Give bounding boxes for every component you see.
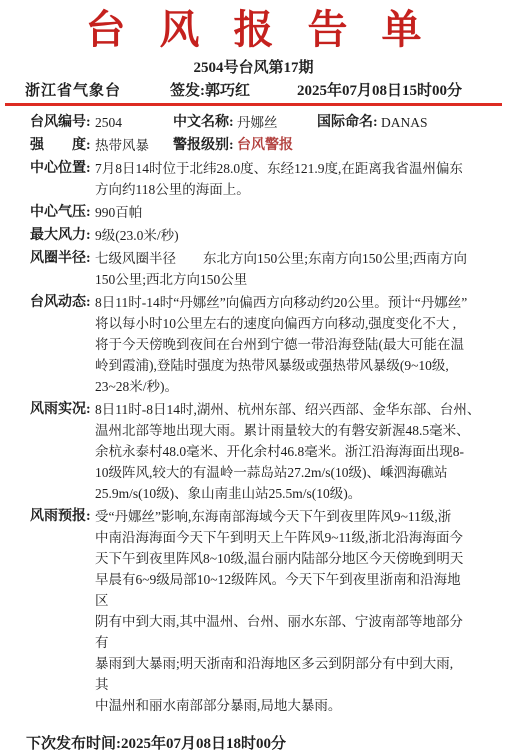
typhoon-number-value: 2504 [95,112,173,133]
next-issue-time: 下次发布时间:2025年07月08日18时00分 [0,718,507,753]
row-observed-conditions: 风雨实况: 8日11时-8日14时,湖州、杭州东部、绍兴西部、金华东部、台州、 … [30,399,507,504]
forecast-label: 风雨预报: [30,506,95,527]
typhoon-number-label: 台风编号: [30,112,95,133]
report-subtitle: 2504号台风第17期 [0,56,507,77]
forecast-content: 受“丹娜丝”影响,东海南部海域今天下午到夜里阵风9~11级,浙 中南沿海海面今天… [95,506,505,716]
row-typhoon-identity: 台风编号: 2504 中文名称: 丹娜丝 国际命名: DANAS [30,112,507,133]
row-forecast: 风雨预报: 受“丹娜丝”影响,东海南部海域今天下午到夜里阵风9~11级,浙 中南… [30,506,507,716]
report-header: 浙江省气象台 签发:郭巧红 2025年07月08日15时00分 [0,77,507,103]
issue-datetime: 2025年07月08日15时00分 [297,79,477,100]
max-wind-content: 9级(23.0米/秒) [95,225,505,246]
chinese-name-label: 中文名称: [173,112,237,133]
observed-conditions-content: 8日11时-8日14时,湖州、杭州东部、绍兴西部、金华东部、台州、 温州北部等地… [95,399,505,504]
international-name-value: DANAS [381,112,428,133]
wind-radius-label: 风圈半径: [30,248,95,269]
max-wind-label: 最大风力: [30,225,95,246]
center-position-content: 7月8日14时位于北纬28.0度、东经121.9度,在距离我省温州偏东 方向约1… [95,158,505,200]
warning-level-label: 警报级别: [173,135,237,156]
observed-conditions-label: 风雨实况: [30,399,95,420]
center-pressure-label: 中心气压: [30,202,95,223]
report-title: 台 风 报 告 单 [0,6,507,53]
intensity-label: 强 度: [30,135,95,156]
wind-radius-content: 七级风圈半径 东北方向150公里;东南方向150公里;西南方向 150公里;西北… [95,248,505,290]
center-position-label: 中心位置: [30,158,95,179]
issuer-signature: 签发:郭巧红 [170,79,297,100]
row-center-position: 中心位置: 7月8日14时位于北纬28.0度、东经121.9度,在距离我省温州偏… [30,158,507,200]
row-max-wind: 最大风力: 9级(23.0米/秒) [30,225,507,246]
report-body: 台风编号: 2504 中文名称: 丹娜丝 国际命名: DANAS 强 度: 热带… [0,106,507,716]
chinese-name-value: 丹娜丝 [237,112,317,133]
intensity-value: 热带风暴 [95,135,173,156]
warning-level-value: 台风警报 [237,135,293,156]
center-pressure-content: 990百帕 [95,202,505,223]
issuing-agency: 浙江省气象台 [25,79,170,100]
typhoon-movement-content: 8日11时-14时“丹娜丝”向偏西方向移动约20公里。预计“丹娜丝” 将以每小时… [95,292,505,397]
international-name-label: 国际命名: [317,112,381,133]
row-intensity-warning: 强 度: 热带风暴 警报级别: 台风警报 [30,135,507,156]
typhoon-report-page: 台 风 报 告 单 2504号台风第17期 浙江省气象台 签发:郭巧红 2025… [0,0,507,753]
row-wind-radius: 风圈半径: 七级风圈半径 东北方向150公里;东南方向150公里;西南方向 15… [30,248,507,290]
row-typhoon-movement: 台风动态: 8日11时-14时“丹娜丝”向偏西方向移动约20公里。预计“丹娜丝”… [30,292,507,397]
typhoon-movement-label: 台风动态: [30,292,95,313]
row-center-pressure: 中心气压: 990百帕 [30,202,507,223]
